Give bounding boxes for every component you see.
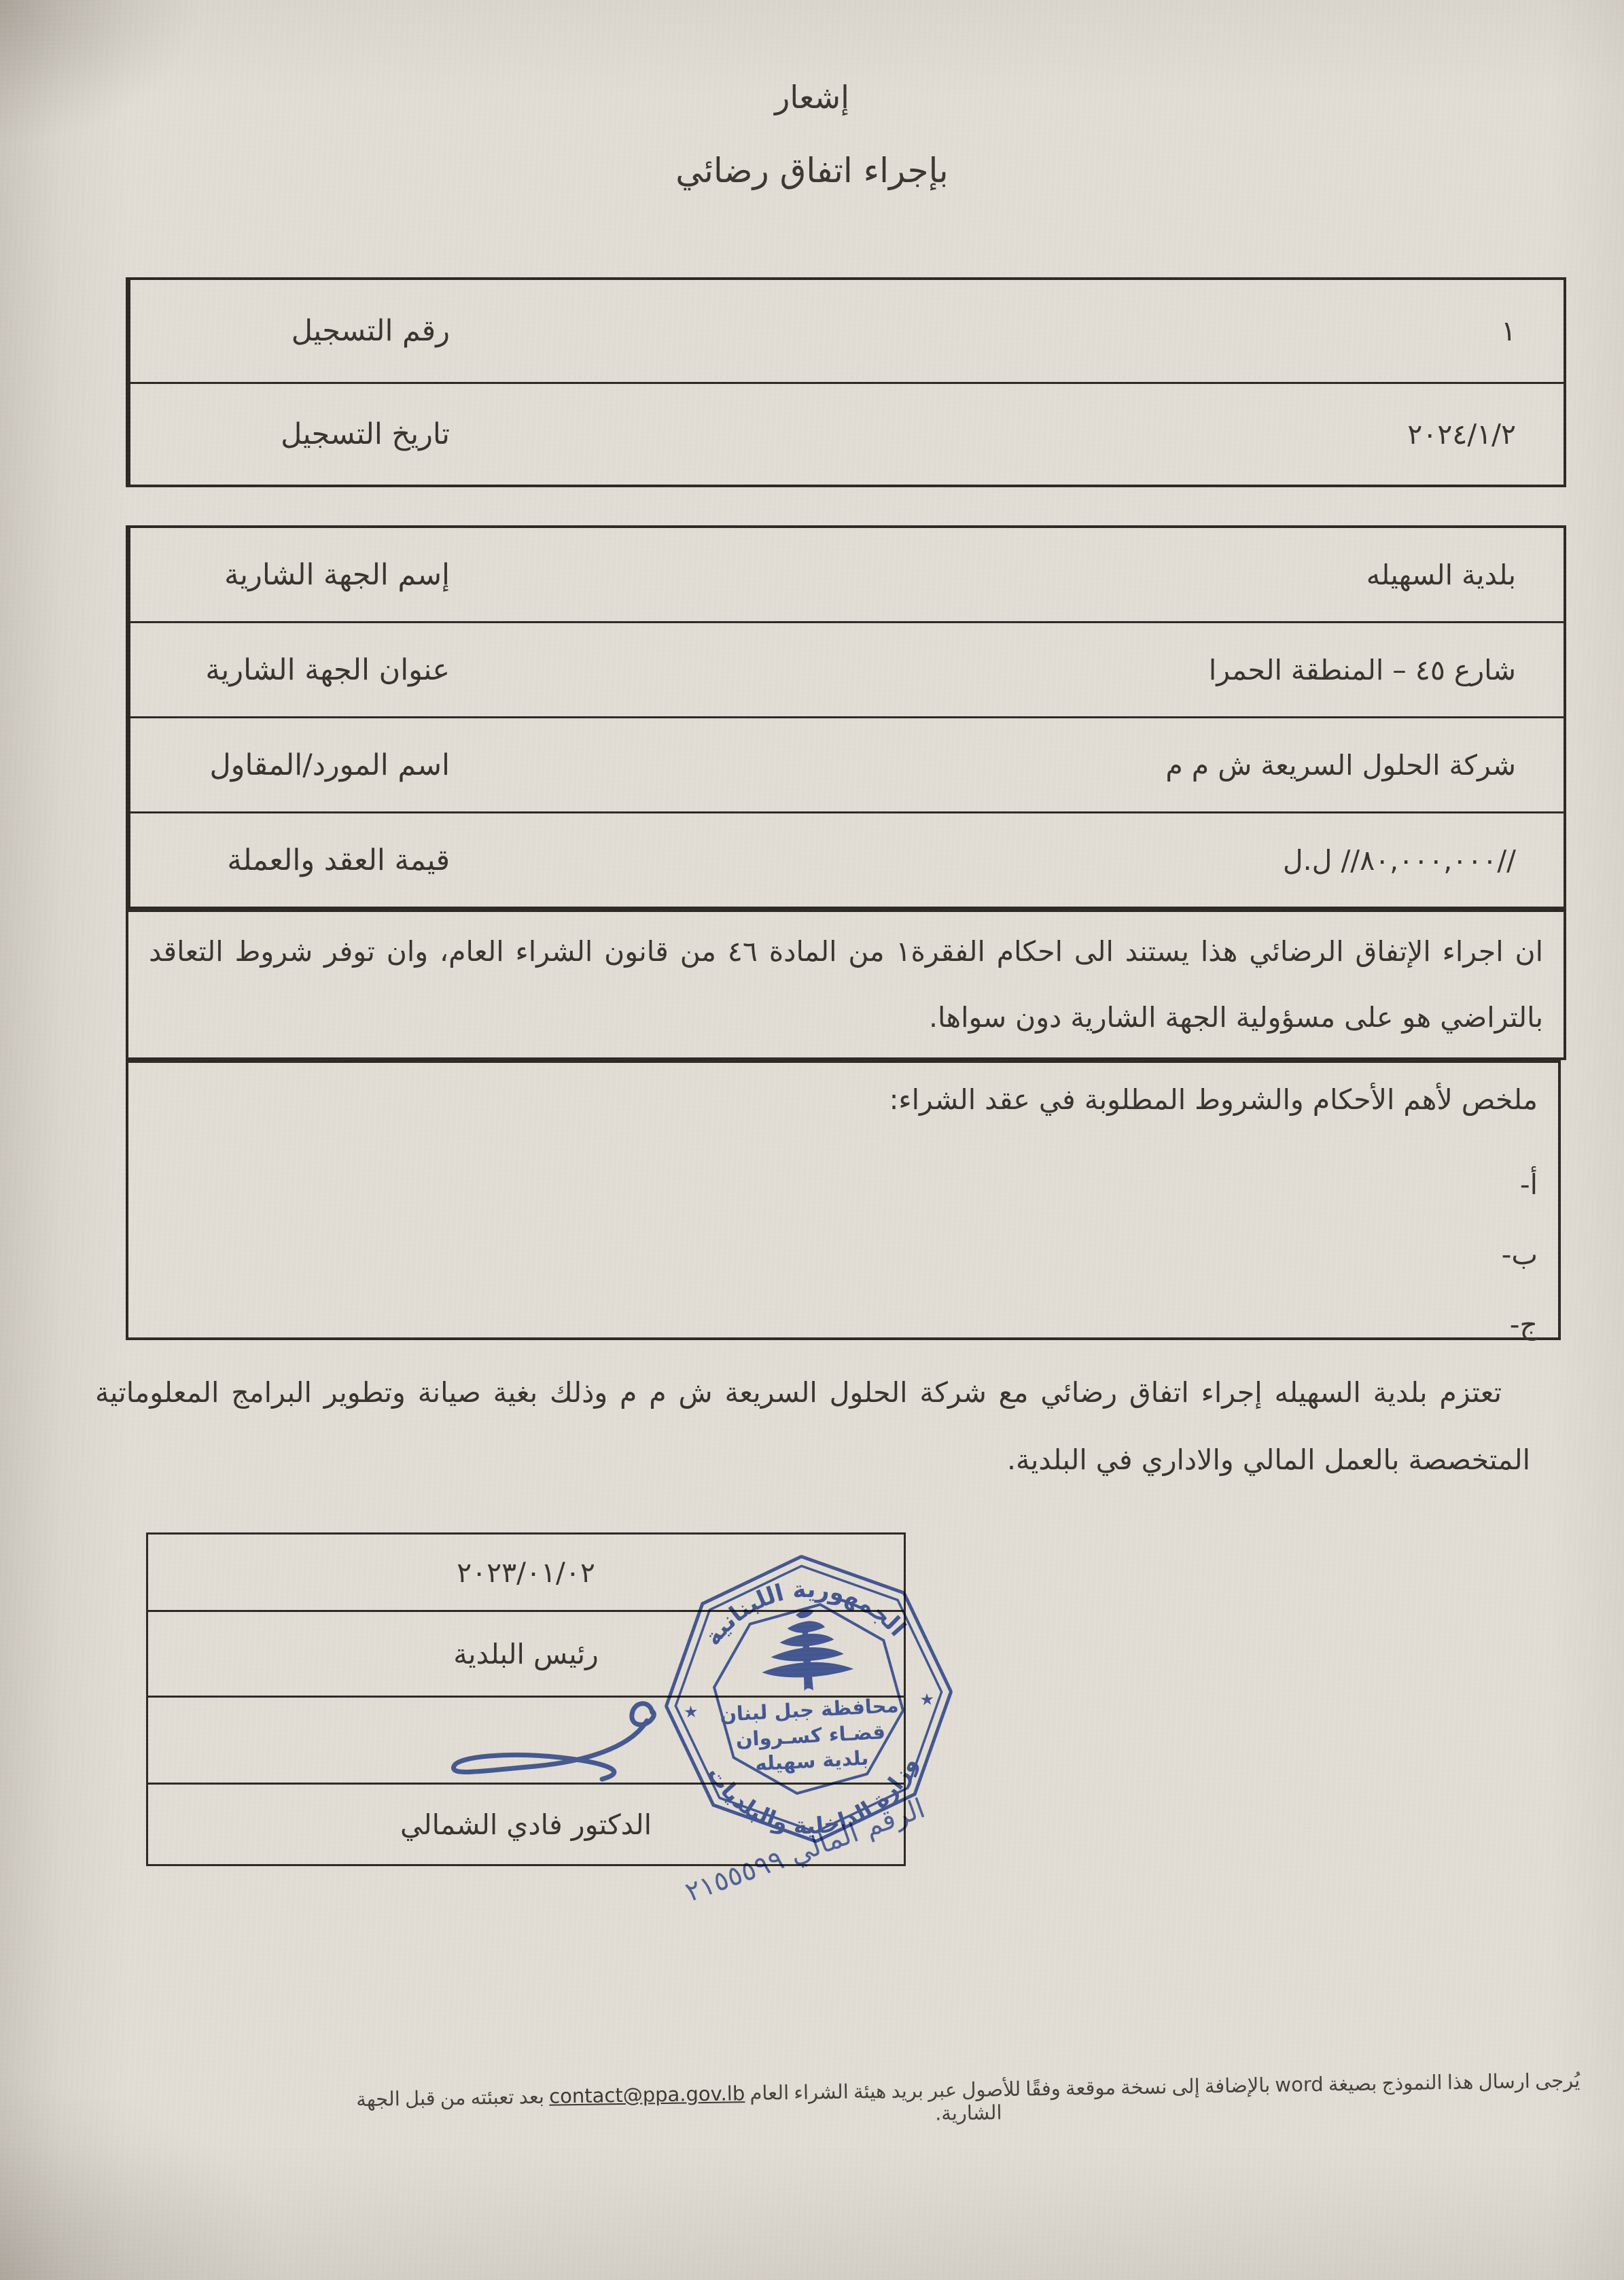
table-row: رقم التسجيل ١ (128, 280, 1564, 384)
summary-title: ملخص لأهم الأحكام والشروط المطلوبة في عق… (149, 1083, 1538, 1116)
row-label: اسم المورد/المقاول (128, 718, 472, 811)
row-label: قيمة العقد والعملة (128, 813, 472, 907)
intent-paragraph: تعتزم بلدية السهيله إجراء اتفاق رضائي مع… (95, 1359, 1530, 1494)
summary-item-b: ب- (149, 1220, 1538, 1290)
row-value: شركة الحلول السريعة ش م م (472, 718, 1564, 811)
scanned-document-page: إشعار بإجراء اتفاق رضائي رقم التسجيل ١ ت… (0, 0, 1624, 2280)
signature-scribble (427, 1694, 678, 1809)
summary-item-c: ج- (149, 1290, 1538, 1360)
table-row: قيمة العقد والعملة //٨٠,٠٠٠,٠٠٠// ل.ل (128, 813, 1564, 907)
stamp-municipality-text: بلدية سهيله (754, 1747, 869, 1776)
table-row: تاريخ التسجيل ٢٠٢٤/١/٢ (128, 384, 1564, 485)
row-value: بلدية السهيله (472, 528, 1564, 621)
legal-note-box: ان اجراء الإتفاق الرضائي هذا يستند الى ا… (126, 909, 1566, 1060)
details-table: إسم الجهة الشارية بلدية السهيله عنوان ال… (126, 525, 1566, 909)
row-value: شارع ٤٥ – المنطقة الحمرا (472, 623, 1564, 716)
row-label: إسم الجهة الشارية (128, 528, 472, 621)
star-right-icon: ★ (919, 1689, 935, 1709)
signature-ink-icon (427, 1694, 678, 1809)
footer-email: contact@ppa.gov.lb (549, 2082, 745, 2108)
signature-date-value: ٢٠٢٣/٠١/٠٢ (457, 1556, 595, 1589)
table-row: إسم الجهة الشارية بلدية السهيله (128, 528, 1564, 623)
document-subtitle: بإجراء اتفاق رضائي (0, 151, 1624, 190)
table-row: اسم المورد/المقاول شركة الحلول السريعة ش… (128, 718, 1564, 813)
legal-note-text: ان اجراء الإتفاق الرضائي هذا يستند الى ا… (128, 912, 1564, 1057)
signatory-name-value: الدكتور فادي الشمالي (400, 1808, 652, 1841)
row-label: رقم التسجيل (128, 280, 472, 382)
row-value: ١ (472, 280, 1564, 382)
summary-item-a: أ- (149, 1150, 1538, 1220)
row-label: عنوان الجهة الشارية (128, 623, 472, 716)
cedar-tree-icon (759, 1607, 855, 1693)
footer-note: يُرجى ارسال هذا النموذج بصيغة word بالإض… (326, 2068, 1611, 2135)
document-title: إشعار (0, 79, 1624, 116)
summary-box: ملخص لأهم الأحكام والشروط المطلوبة في عق… (126, 1060, 1561, 1340)
registration-table: رقم التسجيل ١ تاريخ التسجيل ٢٠٢٤/١/٢ (126, 277, 1566, 487)
footer-text-before: يُرجى ارسال هذا النموذج بصيغة word بالإض… (749, 2069, 1580, 2105)
row-value: ٢٠٢٤/١/٢ (472, 384, 1564, 485)
table-row: عنوان الجهة الشارية شارع ٤٥ – المنطقة ال… (128, 623, 1564, 718)
row-value: //٨٠,٠٠٠,٠٠٠// ل.ل (472, 813, 1564, 907)
row-label: تاريخ التسجيل (128, 384, 472, 485)
star-left-icon: ★ (683, 1702, 699, 1722)
signatory-role-label: رئيس البلدية (453, 1638, 599, 1670)
